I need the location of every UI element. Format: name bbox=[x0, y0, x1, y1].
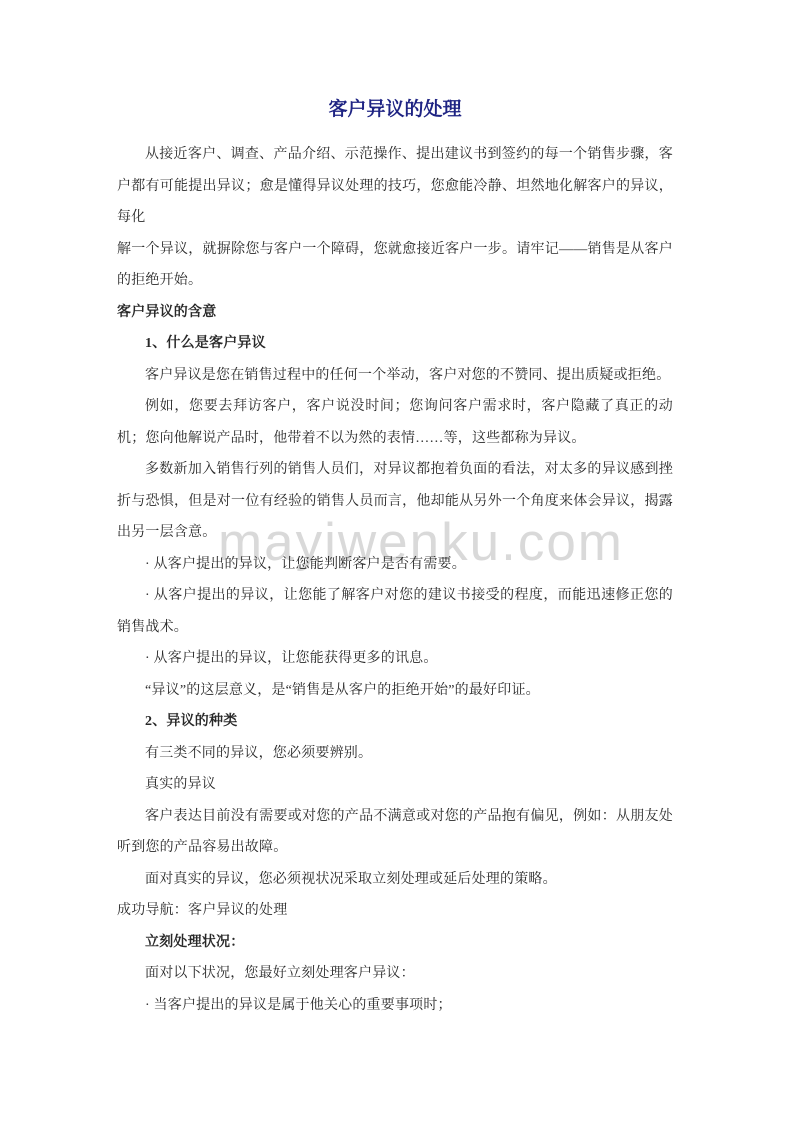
bullet-item: · 从客户提出的异议，让您能获得更多的讯息。 bbox=[117, 643, 673, 675]
heading-paragraph: 立刻处理状况： bbox=[117, 927, 673, 959]
paragraph: 有三类不同的异议，您必须要辨别。 bbox=[117, 738, 673, 770]
paragraph: 成功导航：客户异议的处理 bbox=[117, 895, 673, 927]
bullet-item: · 当客户提出的异议是属于他关心的重要事项时； bbox=[117, 990, 673, 1022]
paragraph: 从接近客户、调查、产品介绍、示范操作、提出建议书到签约的每一个销售步骤，客户都有… bbox=[117, 139, 673, 234]
paragraph: 面对真实的异议，您必须视状况采取立刻处理或延后处理的策略。 bbox=[117, 864, 673, 896]
document-body: 从接近客户、调查、产品介绍、示范操作、提出建议书到签约的每一个销售步骤，客户都有… bbox=[117, 139, 673, 1021]
heading-paragraph: 2、异议的种类 bbox=[117, 706, 673, 738]
bullet-item: · 从客户提出的异议，让您能了解客户对您的建议书接受的程度，而能迅速修正您的销售… bbox=[117, 580, 673, 643]
paragraph: 多数新加入销售行列的销售人员们，对异议都抱着负面的看法，对太多的异议感到挫折与恐… bbox=[117, 454, 673, 549]
paragraph: 真实的异议 bbox=[117, 769, 673, 801]
paragraph: “异议”的这层意义，是“销售是从客户的拒绝开始”的最好印证。 bbox=[117, 675, 673, 707]
paragraph: 客户表达目前没有需要或对您的产品不满意或对您的产品抱有偏见，例如：从朋友处听到您… bbox=[117, 801, 673, 864]
paragraph: 面对以下状况，您最好立刻处理客户异议： bbox=[117, 958, 673, 990]
paragraph: 解一个异议，就摒除您与客户一个障碍，您就愈接近客户一步。请牢记——销售是从客户的… bbox=[117, 234, 673, 297]
document-page: mayiwenku.com 客户异议的处理 从接近客户、调查、产品介绍、示范操作… bbox=[0, 0, 800, 1132]
page-title: 客户异议的处理 bbox=[117, 97, 673, 123]
paragraph: 客户异议是您在销售过程中的任何一个举动，客户对您的不赞同、提出质疑或拒绝。 bbox=[117, 360, 673, 392]
heading-paragraph: 1、什么是客户异议 bbox=[117, 328, 673, 360]
heading-paragraph: 客户异议的含意 bbox=[117, 297, 673, 329]
paragraph: 例如，您要去拜访客户，客户说没时间；您询问客户需求时，客户隐藏了真正的动机；您向… bbox=[117, 391, 673, 454]
bullet-item: · 从客户提出的异议，让您能判断客户是否有需要。 bbox=[117, 549, 673, 581]
document-content: 客户异议的处理 从接近客户、调查、产品介绍、示范操作、提出建议书到签约的每一个销… bbox=[117, 97, 673, 1021]
